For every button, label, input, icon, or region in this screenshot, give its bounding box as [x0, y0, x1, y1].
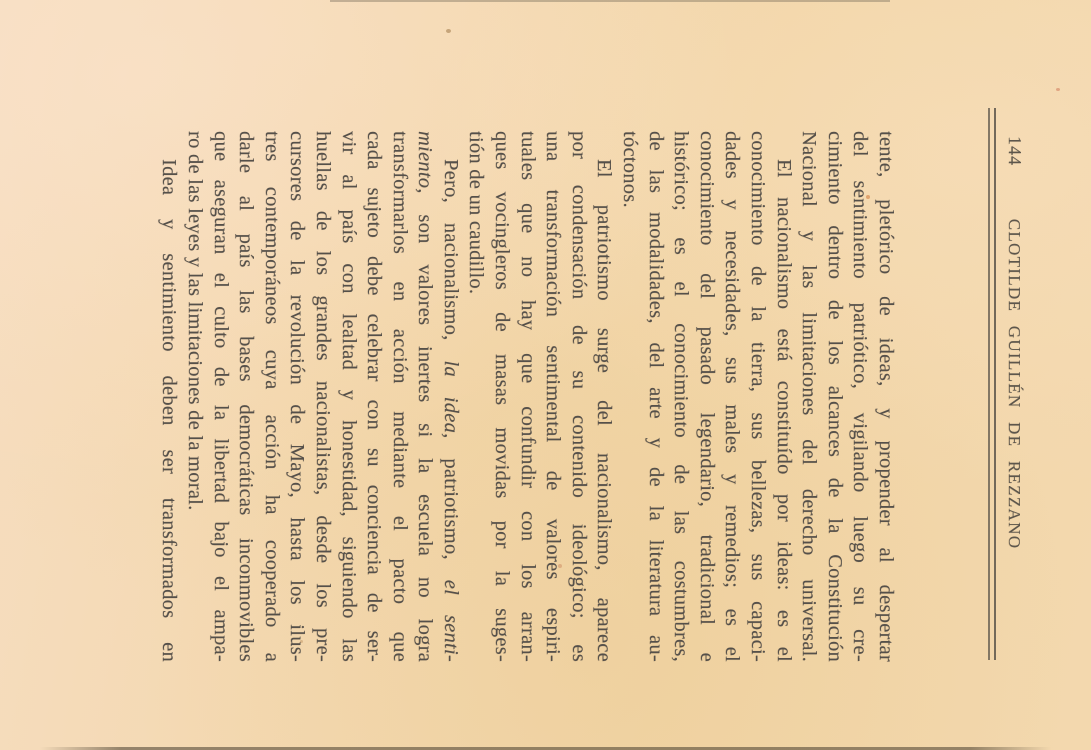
text-line: El patriotismo surge del nacionalismo, a…: [591, 131, 617, 662]
scan-edge-top: [330, 0, 890, 2]
paper-speck: [1056, 88, 1060, 91]
text-line: una transformación sentimental de valore…: [540, 131, 566, 662]
text-line: cursores de la revolución de Mayo, hasta…: [284, 131, 310, 662]
paper-speck: [300, 640, 303, 643]
text-line: tuales que no hay que confundir con los …: [514, 131, 540, 662]
text-line: tres contemporáneos cuya acción ha coope…: [258, 131, 284, 662]
text-line: Idea y sentimiento deben ser transformad…: [156, 131, 182, 662]
text-line: vir al país con lealtad y honestidad, si…: [335, 131, 361, 662]
text-line: del sentimiento patriótico, vigilando lu…: [847, 131, 873, 662]
header-double-rule: [988, 108, 996, 660]
text-line: El nacionalismo está constituído por ide…: [770, 131, 796, 662]
running-title: CLOTILDE GUILLÉN DE REZZANO: [1004, 108, 1024, 660]
text-line: tión de un caudillo.: [463, 131, 489, 662]
text-line: de las modalidades, del arte y de la lit…: [642, 131, 668, 662]
text-line: Pero, nacionalismo, la idea, patriotismo…: [437, 131, 463, 662]
scanned-page-background: 144 CLOTILDE GUILLÉN DE REZZANO tente, p…: [0, 0, 1091, 750]
text-line: ques vocingleros de masas movidas por la…: [489, 131, 515, 662]
text-line: Nacional y las limitaciones del derecho …: [796, 131, 822, 662]
text-block: tente, pletórico de ideas, y propender a…: [156, 131, 898, 662]
page-header: 144 CLOTILDE GUILLÉN DE REZZANO: [1001, 108, 1029, 660]
book-page: 144 CLOTILDE GUILLÉN DE REZZANO tente, p…: [0, 0, 1091, 750]
text-line: ro de las leyes y las limitaciones de la…: [181, 131, 207, 662]
text-line: que aseguran el culto de la libertad baj…: [207, 131, 233, 662]
text-line: conocimiento del pasado legendario, trad…: [693, 131, 719, 662]
paper-speck: [558, 564, 562, 568]
paper-speck: [446, 29, 451, 33]
text-line: miento, son valores inertes si la escuel…: [412, 131, 438, 662]
text-line: tente, pletórico de ideas, y propender a…: [872, 131, 898, 662]
text-line: dades y necesidades, sus males y remedio…: [719, 131, 745, 662]
text-line: por condensación de su contenido ideológ…: [565, 131, 591, 662]
text-line: transformarlos en acción mediante el pac…: [386, 131, 412, 662]
text-line: darle al país las bases democráticas inc…: [233, 131, 259, 662]
text-line: conocimiento de la tierra, sus bellezas,…: [744, 131, 770, 662]
text-line: huellas de los grandes nacionalistas, de…: [309, 131, 335, 662]
text-line: cimiento dentro de los alcances de la Co…: [821, 131, 847, 662]
paper-speck: [866, 195, 870, 199]
text-line: histórico; es el conocimiento de las cos…: [668, 131, 694, 662]
text-line: cada sujeto debe celebrar con su concien…: [361, 131, 387, 662]
text-line: tóctonos.: [616, 131, 642, 662]
